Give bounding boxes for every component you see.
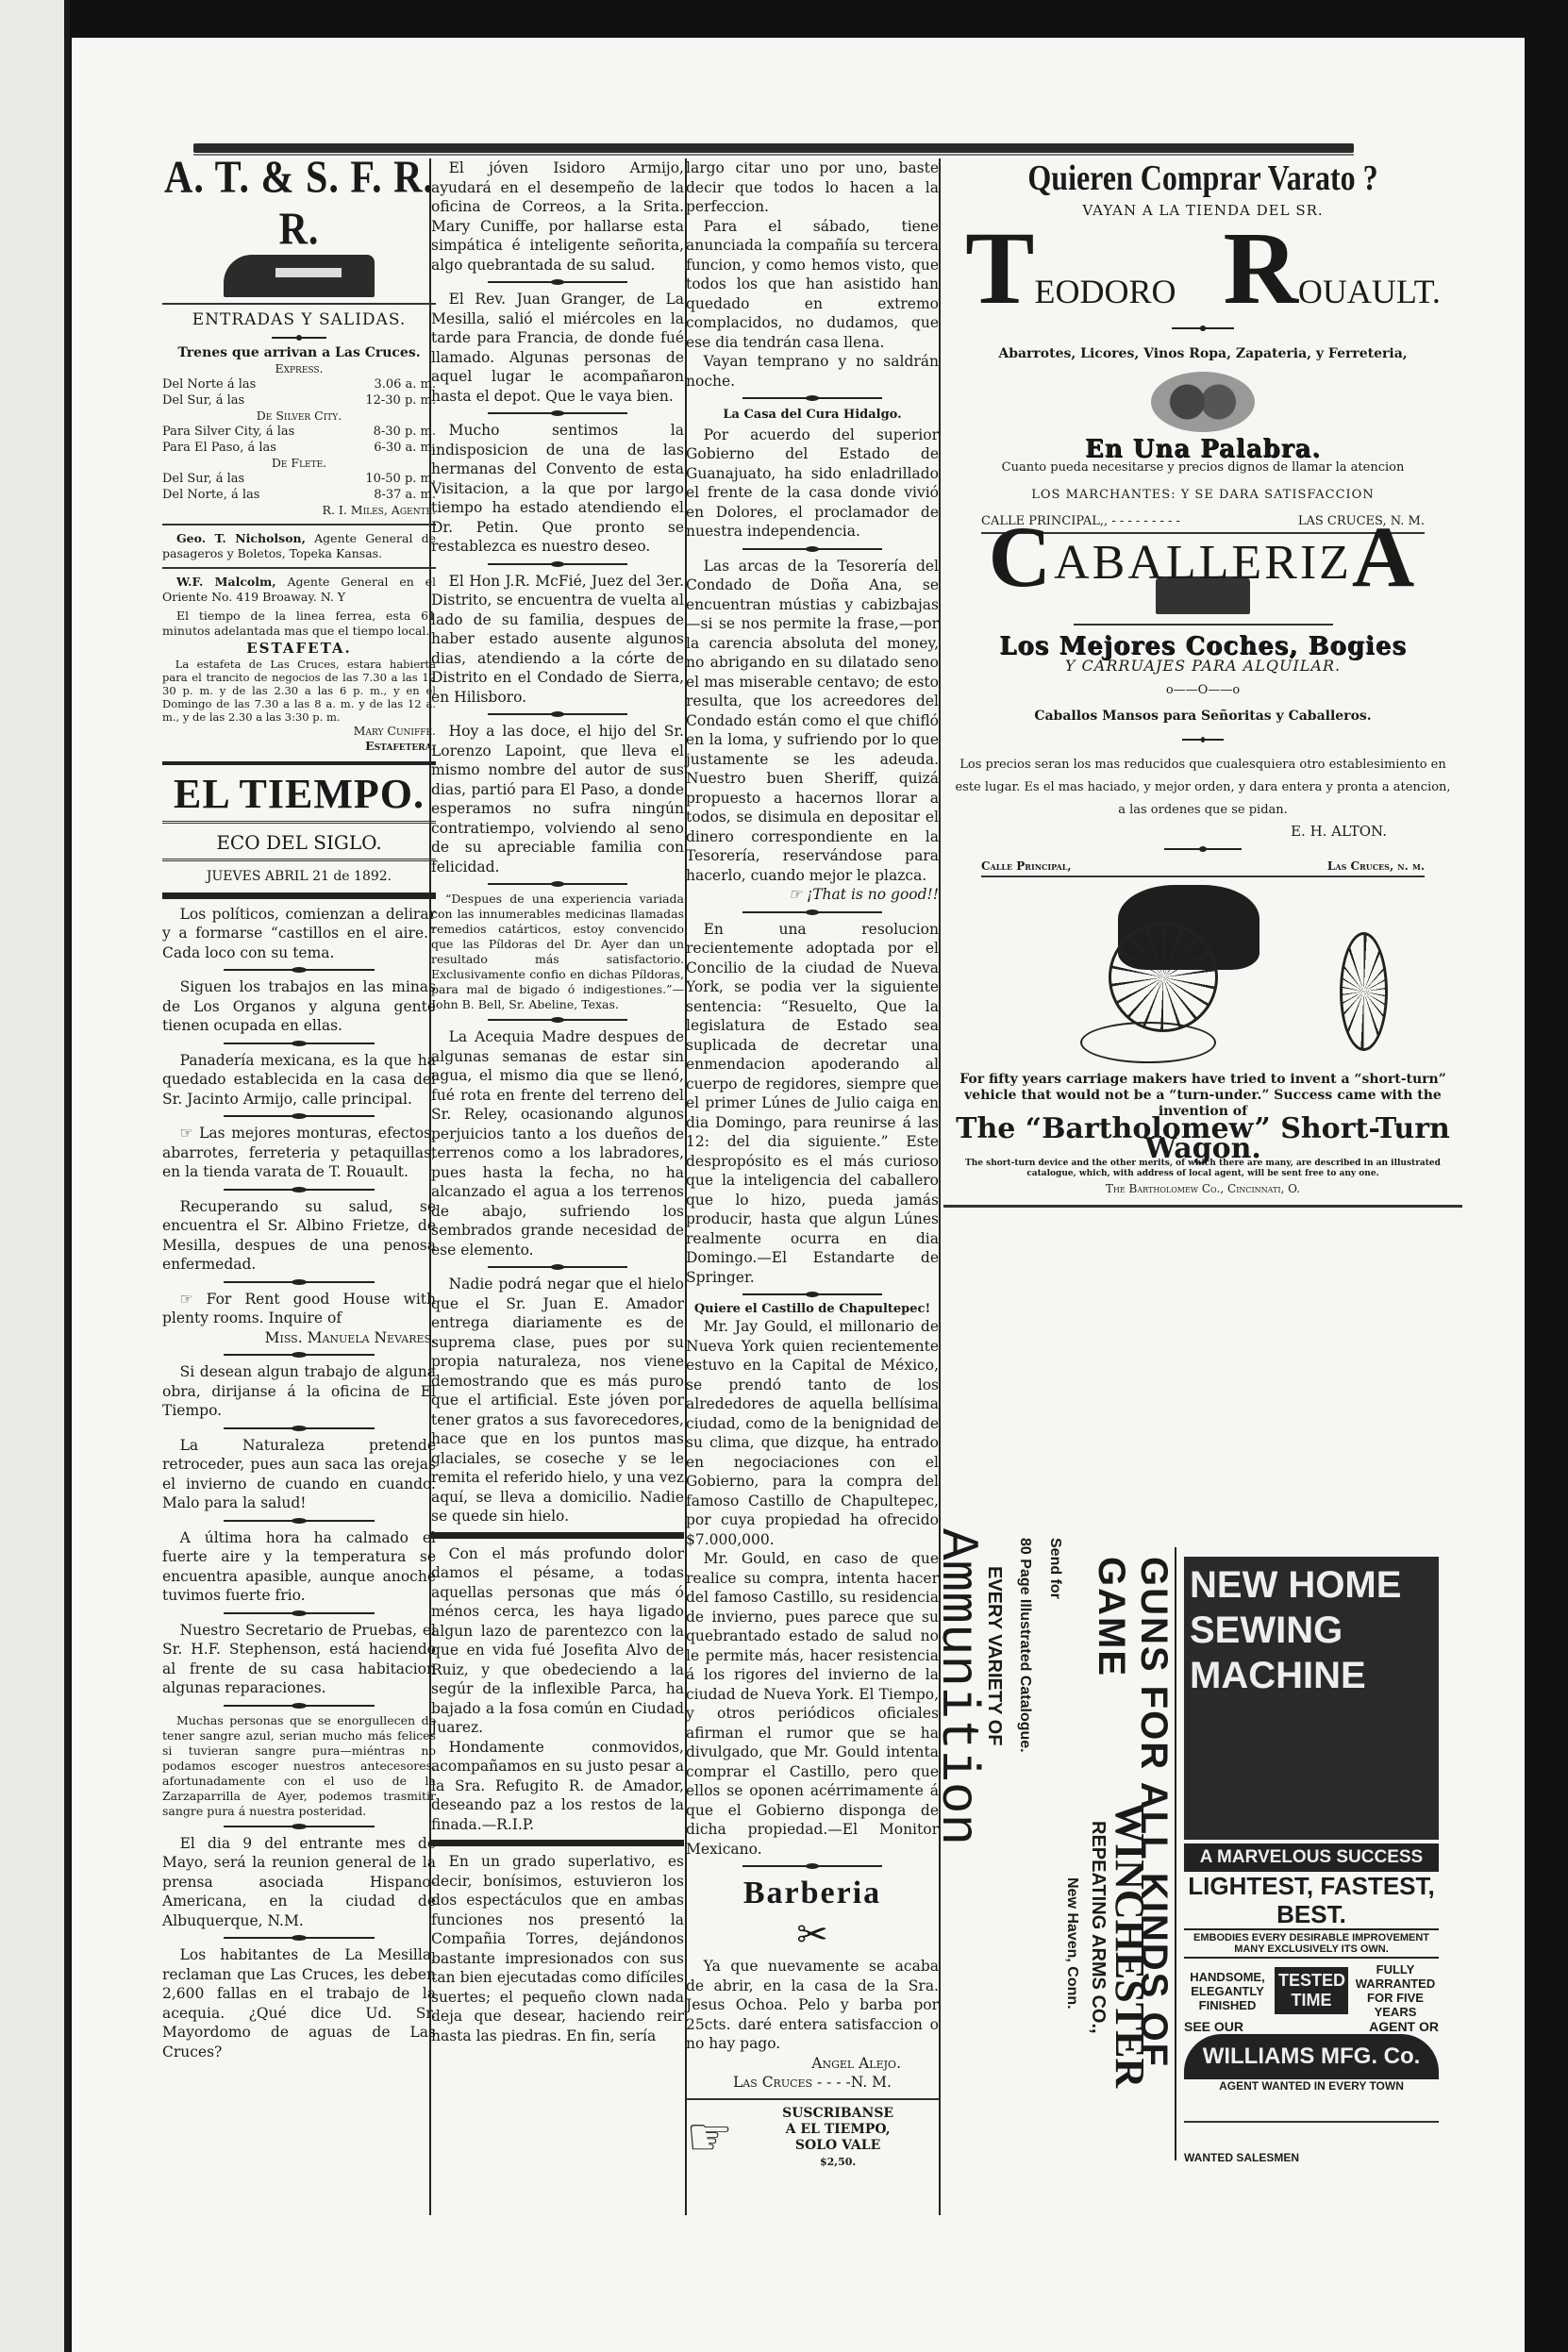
news-item: Panadería mexicana, es la que ha quedado… bbox=[162, 1051, 436, 1109]
obituary: Con el más profundo dolor damos el pésam… bbox=[431, 1544, 684, 1738]
scan-margin-left bbox=[0, 0, 66, 2352]
rouault-name: TEODORO ROUAULT. bbox=[943, 225, 1462, 310]
news-item: Mr. Gould, en caso de que realice su com… bbox=[686, 1549, 939, 1859]
subscription-price: $2,50. bbox=[737, 2154, 939, 2170]
column-3: largo citar uno por uno, baste decir que… bbox=[686, 158, 939, 2170]
winchester-city: New Haven, Conn. bbox=[1063, 1877, 1080, 2010]
locomotive-icon bbox=[224, 255, 375, 297]
post-office-title: ESTAFETA. bbox=[162, 639, 436, 659]
winchester-ad: GUNS FOR ALL KINDS OF GAME WINCHESTER RE… bbox=[929, 1519, 1175, 2198]
barbershop-title: Barberia bbox=[686, 1874, 939, 1913]
sewing-embodies: EMBODIES EVERY DESIRABLE IMPROVEMENT MAN… bbox=[1184, 1928, 1439, 1959]
agent-name: Geo. T. Nicholson, bbox=[176, 531, 306, 545]
news-item: En un grado superlativo, es decir, bonís… bbox=[431, 1852, 684, 2045]
barbershop-ad: Ya que nuevamente se acaba de abrir, en … bbox=[686, 1957, 939, 2054]
winchester-catalog: 80 Page Illustrated Catalogue. bbox=[1016, 1538, 1033, 1753]
railway-time-note: El tiempo de la linea ferrea, esta 61 mi… bbox=[162, 609, 436, 639]
caballeriza-horses: Caballos Mansos para Señoritas y Caballe… bbox=[943, 707, 1462, 726]
news-item: Mr. Jay Gould, el millonario de Nueva Yo… bbox=[686, 1317, 939, 1549]
caballeriza-owner: E. H. ALTON. bbox=[943, 822, 1462, 842]
freight-label: De Flete. bbox=[162, 456, 436, 471]
news-item: Mucho sentimos la indisposicion de una d… bbox=[431, 421, 684, 557]
news-item: Los habitantes de La Mesilla, reclaman q… bbox=[162, 1945, 436, 2061]
rouault-text: Cuanto pueda necesitarse y precios digno… bbox=[943, 459, 1462, 478]
news-item: Siguen los trabajos en las minas de Los … bbox=[162, 977, 436, 1036]
article-heading: Quiere el Castillo de Chapultepec! bbox=[686, 1302, 939, 1317]
advertisements-column: Quieren Comprar Varato ? VAYAN A LA TIEN… bbox=[943, 158, 1462, 1213]
sewing-banner: A MARVELOUS SUCCESS bbox=[1184, 1843, 1439, 1872]
agent-signature: R. I. Miles, Agente. bbox=[162, 503, 436, 518]
obituary-condolence: Hondamente conmovidos, acompañamos en su… bbox=[431, 1738, 684, 1835]
agent-name: W.F. Malcolm, bbox=[176, 575, 276, 589]
news-item: Hoy a las doce, el hijo del Sr. Lorenzo … bbox=[431, 722, 684, 876]
sewing-machine-ad: NEW HOME SEWING MACHINE A MARVELOUS SUCC… bbox=[1184, 1557, 1439, 2179]
trains-heading: Trenes que arrivan a Las Cruces. bbox=[162, 345, 436, 361]
news-item: El Rev. Juan Granger, de La Mesilla, sal… bbox=[431, 290, 684, 406]
column-2: El jóven Isidoro Armijo, ayudará en el d… bbox=[431, 158, 684, 2045]
buggy-illustration bbox=[1005, 885, 1401, 1064]
train-from: Del Norte á las bbox=[162, 376, 256, 392]
sewing-handsome: HANDSOME, ELEGANTLY FINISHED bbox=[1184, 1970, 1271, 2012]
subscribe-line: SUSCRIBANSE bbox=[737, 2106, 939, 2122]
train-from: Para El Paso, á las bbox=[162, 440, 276, 456]
train-time: 8-30 p. m. bbox=[374, 424, 436, 440]
scan-margin-right bbox=[1525, 0, 1568, 2352]
caballeriza-title: CABALLERIZA bbox=[943, 547, 1462, 574]
sewing-warranty: FULLY WARRANTED FOR FIVE YEARS bbox=[1352, 1962, 1439, 2019]
barber-name: Angel Alejo. bbox=[686, 2054, 939, 2074]
column-1: A. T. & S. F. R. R. ENTRADAS Y SALIDAS. … bbox=[162, 158, 436, 2061]
news-item: ☞ For Rent good House with plenty rooms.… bbox=[162, 1290, 436, 1328]
ornament-divider: o——O——o bbox=[949, 681, 1457, 701]
winchester-sub: REPEATING ARMS CO., bbox=[1087, 1821, 1109, 2034]
masthead-title: EL TIEMPO. bbox=[162, 771, 436, 818]
news-item: Vayan temprano y no saldrán noche. bbox=[686, 352, 939, 391]
article-heading: La Casa del Cura Hidalgo. bbox=[686, 406, 939, 425]
sewing-claim: LIGHTEST, FASTEST, BEST. bbox=[1184, 1872, 1439, 1928]
news-item: A última hora ha calmado el fuerte aire … bbox=[162, 1528, 436, 1606]
bartholomew-name: The “Bartholomew” Short-Turn Wagon. bbox=[943, 1120, 1462, 1159]
address-street: Calle Principal, bbox=[981, 857, 1072, 876]
address-city: Las Cruces, n. m. bbox=[1327, 857, 1425, 876]
news-item: Recuperando su salud, se encuentra el Sr… bbox=[162, 1197, 436, 1275]
sewing-wanted: AGENT WANTED IN EVERY TOWN bbox=[1184, 2079, 1439, 2093]
news-item: Para el sábado, tiene anunciada la compa… bbox=[686, 217, 939, 353]
news-item: largo citar uno por uno, baste decir que… bbox=[686, 158, 939, 217]
postmistress-title: Estafetera. bbox=[162, 739, 436, 754]
caballeriza-headline: Los Mejores Coches, Bogies bbox=[943, 637, 1462, 657]
scan-edge bbox=[64, 0, 70, 2352]
sewing-agent: AGENT OR bbox=[1369, 2019, 1439, 2034]
rouault-text: LOS MARCHANTES: Y SE DARA SATISFACCION bbox=[943, 486, 1462, 506]
train-from: Para Silver City, á las bbox=[162, 424, 294, 440]
subscribe-line: A EL TIEMPO, bbox=[737, 2122, 939, 2138]
train-time: 12-30 p. m. bbox=[365, 392, 436, 409]
news-item: Los políticos, comienzan a delirar y a f… bbox=[162, 905, 436, 963]
train-time: 3.06 a. m. bbox=[374, 376, 436, 392]
news-item: El Hon J.R. McFié, Juez del 3er. Distrit… bbox=[431, 572, 684, 708]
schedule-title: ENTRADAS Y SALIDAS. bbox=[162, 310, 436, 330]
train-from: Del Norte, á las bbox=[162, 487, 259, 503]
train-time: 8-37 a. m. bbox=[374, 487, 436, 503]
rouault-headline: Quieren Comprar Varato ? bbox=[943, 166, 1462, 190]
news-item: En una resolucion recientemente adoptada… bbox=[686, 920, 939, 1288]
sewing-see: SEE OUR bbox=[1184, 2019, 1243, 2034]
news-item: Las arcas de la Tesorería del Condado de… bbox=[686, 557, 939, 886]
salesmen-wanted: WANTED SALESMEN bbox=[1184, 2151, 1439, 2164]
news-item: Nadie podrá negar que el hielo que el Sr… bbox=[431, 1275, 684, 1526]
barber-location: Las Cruces - - - -N. M. bbox=[686, 2073, 939, 2093]
bartholomew-company: The Bartholomew Co., Cincinnati, O. bbox=[943, 1179, 1462, 1199]
news-item: El jóven Isidoro Armijo, ayudará en el d… bbox=[431, 158, 684, 275]
postmistress-name: Mary Cuniffe. bbox=[162, 724, 436, 739]
silver-city-label: De Silver City. bbox=[162, 409, 436, 424]
news-item: Muchas personas que se enorgullecen de t… bbox=[162, 1713, 436, 1819]
winchester-send: Send for bbox=[1046, 1538, 1063, 1599]
bartholomew-desc: The short-turn device and the other meri… bbox=[943, 1159, 1462, 1179]
sewing-headline: NEW HOME SEWING MACHINE bbox=[1184, 1557, 1439, 1840]
news-item: ☞ Las mejores monturas, efectos, abarrot… bbox=[162, 1124, 436, 1182]
testimonial: “Despues de una experiencia variada con … bbox=[431, 892, 684, 1012]
caballeriza-text: Los precios seran los mas reducidos que … bbox=[943, 754, 1462, 822]
column-rule bbox=[1175, 1547, 1176, 2160]
rouault-goods: Abarrotes, Licores, Vinos Ropa, Zapateri… bbox=[943, 344, 1462, 364]
ornament-icon bbox=[1151, 372, 1255, 432]
train-time: 10-50 p. m. bbox=[365, 471, 436, 487]
pointing-hand-icon: ☞ bbox=[686, 2110, 733, 2166]
train-from: Del Sur, á las bbox=[162, 471, 244, 487]
news-item: La Acequia Madre despues de algunas sema… bbox=[431, 1027, 684, 1259]
train-from: Del Sur, á las bbox=[162, 392, 244, 409]
sewing-maker: WILLIAMS MFG. Co. bbox=[1184, 2034, 1439, 2079]
train-time: 6-30 a. m. bbox=[374, 440, 436, 456]
post-office-hours: La estafeta de Las Cruces, estara habier… bbox=[162, 658, 436, 724]
rent-contact: Miss. Manuela Nevares. bbox=[162, 1328, 436, 1348]
winchester-name: WINCHESTER bbox=[1106, 1802, 1154, 2088]
news-item: Si desean algun trabajo de alguna obra, … bbox=[162, 1362, 436, 1421]
subscribe-line: SOLO VALE bbox=[737, 2138, 939, 2154]
winchester-ammo: Ammunition bbox=[927, 1528, 988, 1845]
news-item: La Naturaleza pretende retroceder, pues … bbox=[162, 1436, 436, 1513]
express-label: Express. bbox=[162, 361, 436, 376]
news-item: Nuestro Secretario de Pruebas, el Sr. H.… bbox=[162, 1621, 436, 1698]
news-item: Por acuerdo del superior Gobierno del Es… bbox=[686, 425, 939, 542]
sewing-tested: TESTED TIME bbox=[1275, 1967, 1348, 2014]
issue-date: JUEVES ABRIL 21 de 1892. bbox=[162, 867, 436, 887]
railroad-title: A. T. & S. F. R. R. bbox=[162, 152, 436, 256]
masthead-subtitle: ECO DEL SIGLO. bbox=[162, 829, 436, 856]
news-item: El dia 9 del entrante mes de Mayo, será … bbox=[162, 1834, 436, 1931]
rouault-slogan: En Una Palabra. bbox=[943, 440, 1462, 459]
pointing-hand-remark: ☞ ¡That is no good!! bbox=[686, 885, 939, 905]
scissors-icon: ✂ bbox=[686, 1913, 939, 1957]
